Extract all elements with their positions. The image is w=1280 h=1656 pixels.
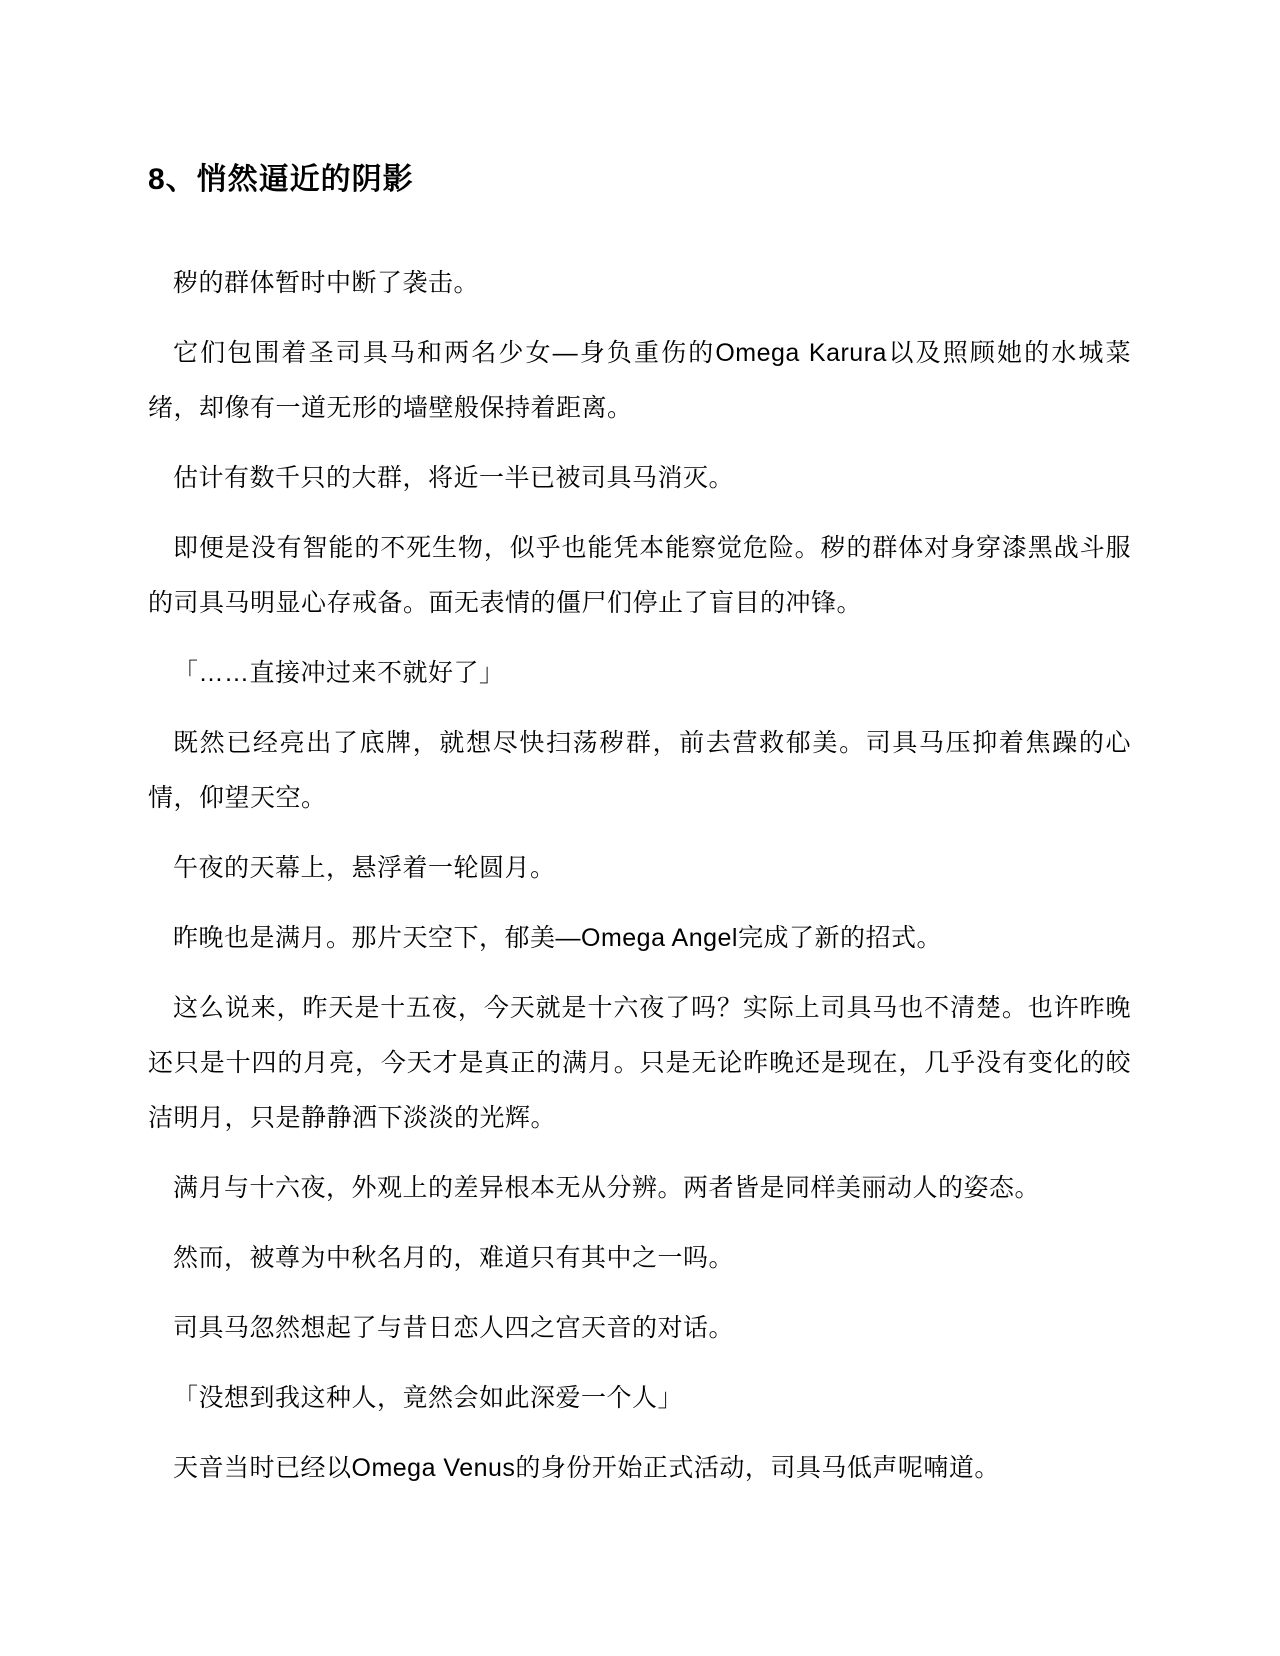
paragraph: 秽的群体暂时中断了袭击。 [148,256,1131,311]
paragraph: 午夜的天幕上，悬浮着一轮圆月。 [148,841,1131,896]
paragraph: 司具马忽然想起了与昔日恋人四之宫天音的对话。 [148,1301,1131,1356]
paragraph: 它们包围着圣司具马和两名少女—身负重伤的Omega Karura以及照顾她的水城… [148,326,1131,436]
paragraph: 然而，被尊为中秋名月的，难道只有其中之一吗。 [148,1231,1131,1286]
chapter-heading: 8、悄然逼近的阴影 [148,160,1131,200]
paragraph: 即便是没有智能的不死生物，似乎也能凭本能察觉危险。秽的群体对身穿漆黑战斗服的司具… [148,521,1131,631]
paragraph: 既然已经亮出了底牌，就想尽快扫荡秽群，前去营救郁美。司具马压抑着焦躁的心情，仰望… [148,716,1131,826]
paragraph: 昨晚也是满月。那片天空下，郁美—Omega Angel完成了新的招式。 [148,911,1131,966]
paragraph: 「……直接冲过来不就好了」 [148,646,1131,701]
paragraph: 估计有数千只的大群，将近一半已被司具马消灭。 [148,451,1131,506]
paragraph: 「没想到我这种人，竟然会如此深爱一个人」 [148,1371,1131,1426]
paragraph: 满月与十六夜，外观上的差异根本无从分辨。两者皆是同样美丽动人的姿态。 [148,1161,1131,1216]
novel-page: 8、悄然逼近的阴影 秽的群体暂时中断了袭击。 它们包围着圣司具马和两名少女—身负… [0,0,1280,1656]
paragraph: 这么说来，昨天是十五夜，今天就是十六夜了吗？实际上司具马也不清楚。也许昨晚还只是… [148,981,1131,1146]
paragraph: 天音当时已经以Omega Venus的身份开始正式活动，司具马低声呢喃道。 [148,1441,1131,1496]
